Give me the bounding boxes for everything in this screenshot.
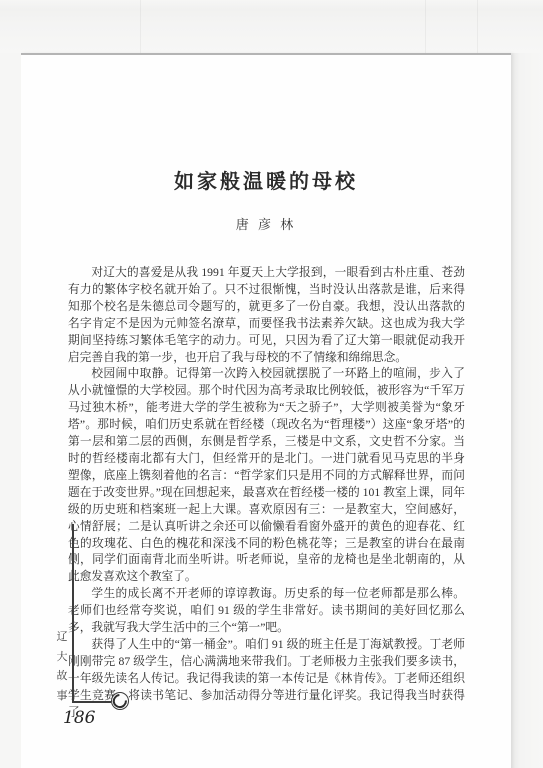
- sidebar-horizontal-rule: [72, 701, 111, 703]
- paragraph-3: 学生的成长离不开老师的谆谆教诲。历史系的每一位老师都是那么棒。老师们也经常夸奖说…: [68, 586, 465, 637]
- paragraph-4: 获得了人生中的“第一桶金”。咱们 91 级的班主任是丁海斌教授。丁老师刚刚带完 …: [68, 637, 465, 722]
- article-body: 对辽大的喜爱是从我 1991 年夏天上大学报到，一眼看到古朴庄重、苍劲有力的繁体…: [68, 265, 465, 721]
- book-page: 如家般温暖的母校 唐 彦 林 对辽大的喜爱是从我 1991 年夏天上大学报到，一…: [21, 53, 511, 768]
- scan-artifact-line: [140, 0, 141, 53]
- scanner-background-right: [511, 53, 543, 768]
- series-label-char: 故: [57, 671, 68, 682]
- series-label-char: 大: [57, 652, 68, 663]
- author-name: 唐 彦 林: [21, 214, 511, 233]
- scanner-background-strip: [0, 0, 543, 53]
- sidebar-vertical-rule: [72, 524, 74, 702]
- paragraph-2: 校园闹中取静。记得第一次跨入校园就摆脱了一环路上的喧闹，步入了从小就憧憬的大学校…: [68, 366, 465, 586]
- scan-artifact-line: [425, 0, 426, 53]
- moon-seal-icon: [111, 692, 129, 710]
- series-label-char: 事: [57, 691, 68, 702]
- series-label-char: 辽: [57, 632, 68, 643]
- series-label-vertical: 辽 大 故 事: [50, 632, 74, 702]
- page-title: 如家般温暖的母校: [21, 165, 511, 194]
- page-number: 186: [63, 708, 95, 728]
- paragraph-1: 对辽大的喜爱是从我 1991 年夏天上大学报到，一眼看到古朴庄重、苍劲有力的繁体…: [68, 265, 465, 366]
